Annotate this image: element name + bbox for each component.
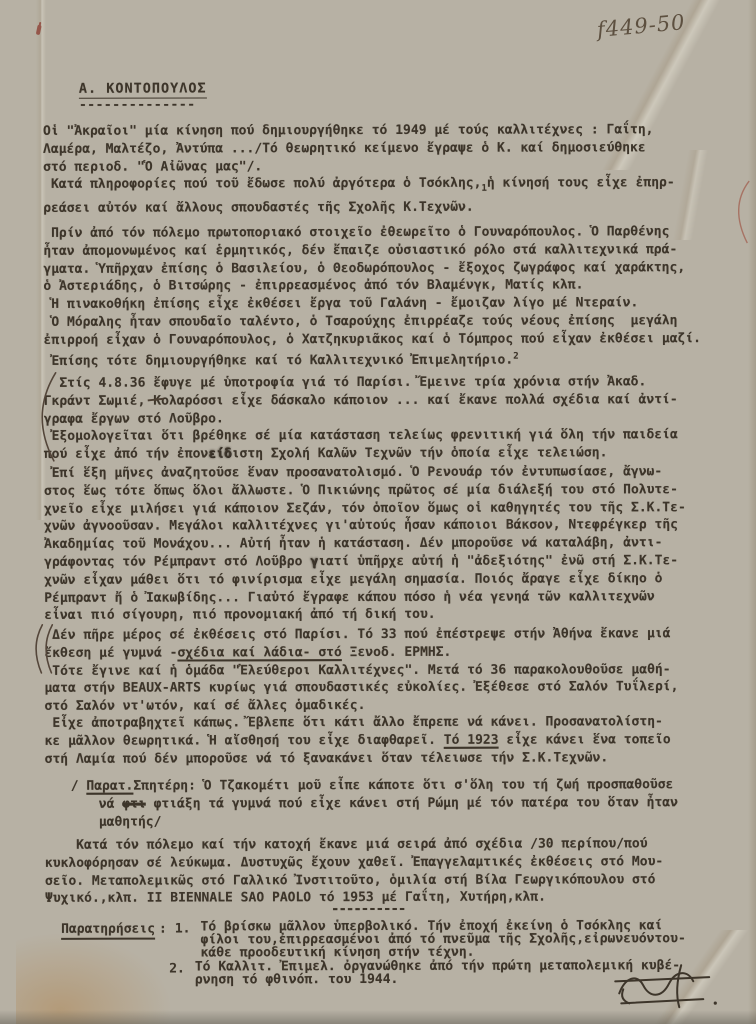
typed-line: στό περιοδ. "Ὁ Αἰῶνας μας"/.: [43, 157, 675, 176]
document-paragraph: Οἱ "Ἀκραῖοι" μία κίνηση πού δημιουργήθηκ…: [43, 121, 675, 218]
typed-text-segment: /: [71, 779, 87, 794]
typed-text-segment: Στίς 4.8.36 ἔφυγε μέ ὑποτροφία γιά τό Πα…: [44, 374, 647, 391]
typed-line: Κατά πληροφορίες πού τοῦ ἔδωσε πολύ ἀργό…: [43, 175, 675, 200]
typed-text-segment: ὁ Ἀστεριάδης, ὁ Βιτσώρης - ἐπιρρεασμένος…: [43, 278, 583, 294]
document-content: f449-50 Α. ΚΟΝΤΟΠΟΥΛΟΣ -------------- Οἱ…: [0, 0, 756, 1024]
typed-line: Τότε ἔγινε καί ἡ ὁμάδα "Ἐλεύθεροι Καλλιτ…: [44, 661, 678, 680]
document-paragraph: Κατά τόν πόλεμο καί τήν κατοχή ἔκανε μιά…: [45, 835, 663, 908]
typed-text-segment: Λαμέρα, Μαλτέζο, Ἀντύπα .../Τό θεωρητικό…: [43, 140, 646, 157]
typed-line: χνῶν ἀγνοοῦσαν. Μεγάλοι καλλιτέχνες γι'α…: [44, 517, 686, 536]
typed-text-segment: ρεάσει αὐτόν καί ἄλλους σπουδαστές τῆς Σ…: [43, 200, 474, 216]
typed-text-segment: μαθητής/: [99, 815, 162, 830]
typed-text-segment: Οἱ "Ἀκραῖοι" μία κίνηση πού δημιουργήθηκ…: [43, 122, 654, 139]
typed-line: ρεάσει αὐτόν καί ἄλλους σπουδαστές τῆς Σ…: [43, 198, 675, 217]
typed-text-segment: χνεῖο εἶχε μιλήσει γιά κάποιον Σεζάν, τό…: [44, 500, 686, 517]
typed-text-segment: Ἀκαδημίας τοῦ Μονάχου... Αὐτή ἦταν ἡ κατ…: [44, 535, 662, 552]
typed-text-segment: νά: [99, 797, 123, 812]
typed-line: Στίς 4.8.36 ἔφυγε μέ ὑποτροφία γιά τό Πα…: [44, 373, 678, 392]
typed-text-segment: Πρίν ἀπό τόν πόλεμο πρωτοποριακό στοιχεῖ…: [43, 224, 669, 241]
typed-text-segment: στό περιοδ. "Ὁ Αἰῶνας μας"/.: [43, 159, 262, 175]
handwritten-folio-number: f449-50: [596, 5, 748, 42]
typed-text-segment: ρνηση τό φθινόπ. του 1944.: [195, 972, 399, 988]
typed-line: γματα. Ὑπῆρχαν ἐπίσης ὁ Βασιλείου, ὁ Θεο…: [43, 259, 700, 279]
typed-line: Ἀκαδημίας τοῦ Μονάχου... Αὐτή ἦταν ἡ κατ…: [44, 534, 686, 553]
typed-text-segment: γραφα ἔργων στό Λοῦβρο.: [44, 411, 224, 426]
red-edge-mark: [723, 177, 755, 247]
typed-text-segment: ιατί ὑπῆρχε αὐτή ἡ "ἀδεξιότης" ἐνῶ στή Σ…: [318, 553, 678, 569]
typed-line: πού εἶχε ἀπό τήν ἐπονείδιστη Σχολή Καλῶν…: [44, 444, 678, 463]
typed-line: στος ἕως τότε ὅπως ὅλοι ἄλλωστε. Ὁ Πικιώ…: [44, 481, 686, 500]
typed-line: Ρέμπραντ ἤ ὁ Ἰακωβίδης... Γιαὐτό ἔγραφε …: [44, 588, 686, 607]
title-dashed-underline: --------------: [79, 97, 196, 112]
note-text: Τό Καλλιτ. Ἐπιμελ. ὀργανώθηκε ἀπό τήν πρ…: [195, 960, 680, 987]
typed-line: κυκλοφόρησαν σέ λεύκωμα. Δυστυχῶς ἔχουν …: [45, 853, 663, 872]
typed-dash-divider: ----------: [331, 901, 405, 917]
typed-line: χνεῖο εἶχε μιλήσει γιά κάποιον Σεζάν, τό…: [44, 499, 686, 518]
typed-line: Πρίν ἀπό τόν πόλεμο πρωτοποριακό στοιχεῖ…: [43, 223, 700, 243]
typed-text-segment: ματα στήν BEAUX-ARTS κυρίως γιά σπουδαστ…: [44, 680, 678, 697]
typed-text-segment: Ὁ Μόραλης ἦταν σπουδαῖο ταλέντο, ὁ Τσαρο…: [43, 313, 677, 330]
document-paragraph-sidenote: / Παρατ.Σπητέρη: Ὁ Τζακομέτι μοῦ εἶπε κά…: [71, 776, 678, 832]
typed-text-segment: ἦταν ἀπομονωμένος καί ἑρμητικός, δέν ἔπα…: [43, 242, 677, 259]
typed-line: Γκράντ Σωμιέ, Κολαρόσσι εἶχε δάσκαλο κάπ…: [44, 391, 678, 410]
typed-text-segment: Κατά τόν πόλεμο καί τήν κατοχή ἔκανε μιά…: [45, 836, 648, 853]
note-number: 2.: [169, 962, 185, 977]
typed-line: / Παρατ.Σπητέρη: Ὁ Τζακομέτι μοῦ εἶπε κά…: [71, 776, 678, 796]
typed-text-segment: πού εἶχε ἀπό τήν ἐπον: [44, 447, 208, 462]
typed-text-segment: φτι: [122, 797, 146, 812]
document-paragraph: Ἐπί ἕξη μῆνες ἀναζητοῦσε ἕναν προσανατολ…: [44, 463, 686, 625]
typed-text-segment: κάθε προοδευτική κίνηση στήν τέχνη.: [201, 944, 475, 960]
typed-line: σεῖο. Μεταπολεμικῶς στό Γαλλικό Ἰνστιτοῦ…: [45, 871, 663, 890]
typed-text-segment: σεῖο. Μεταπολεμικῶς στό Γαλλικό Ἰνστιτοῦ…: [45, 872, 656, 889]
typed-text-segment: Ἐξομολογεῖται ὅτι βρέθηκε σέ μία κατάστα…: [44, 428, 678, 445]
typed-text-segment: ἐπιρροή εἶχαν ὁ Γουναρόπουλος, ὁ Χατζηκυ…: [44, 331, 701, 348]
typed-text-segment: φτιάξη τά γυμνά πού εἶχε κάνει στή Ρώμη …: [146, 795, 678, 811]
typed-line: χνῶν εἶχαν μάθει ὅτι τό φινίρισμα εἶχε μ…: [44, 570, 686, 589]
typed-line: Δέν πῆρε μέρος σέ ἐκθέσεις στό Παρίσι. Τ…: [44, 625, 678, 644]
document-paragraph: Δέν πῆρε μέρος σέ ἐκθέσεις στό Παρίσι. Τ…: [44, 625, 678, 716]
typed-text-segment: στος ἕως τότε ὅπως ὅλοι ἄλλωστε. Ὁ Πικιώ…: [44, 482, 678, 499]
typed-text-segment: Γκράντ Σωμιέ, Κολαρόσσι εἶχε δάσκαλο κάπ…: [44, 392, 678, 409]
typed-text-segment: κυκλοφόρησαν σέ λεύκωμα. Δυστυχῶς ἔχουν …: [45, 854, 663, 871]
typed-text-segment: χνῶν εἶχαν μάθει ὅτι τό φινίρισμα εἶχε μ…: [44, 571, 662, 588]
typed-text-segment: γράφοντας τόν Ρέμπραντ στό Λοῦβρο: [44, 554, 310, 570]
typed-line: γράφοντας τόν Ρέμπραντ στό Λοῦβρο γιατί …: [44, 552, 686, 571]
typed-text-segment: Παρατ.: [86, 779, 133, 794]
typed-line: Οἱ "Ἀκραῖοι" μία κίνηση πού δημιουργήθηκ…: [43, 121, 675, 140]
typed-line: εἶναι πιό σίγουρη, πιό προνομιακή ἀπό τή…: [44, 606, 686, 625]
typed-text-segment: στή Λαμία πού δέν μποροῦσε νά τό ξανακάν…: [45, 750, 609, 766]
typed-line: κε μᾶλλον θεωρητικά. Ἡ αἴσθησή του εἶχε …: [45, 731, 671, 750]
typed-line: Ἡ πινακοθήκη ἐπίσης εἶχε ἐκθέσει ἔργα το…: [43, 294, 700, 314]
typed-text-segment: Δέν πῆρε μέρος σέ ἐκθέσεις στό Παρίσι. Τ…: [44, 626, 670, 643]
typed-line: Εἶχε ἀποτραβηχτεῖ κάπως. Ἔβλεπε ὅτι κάτι…: [45, 713, 671, 732]
typed-line: Λαμέρα, Μαλτέζο, Ἀντύπα .../Τό θεωρητικό…: [43, 139, 675, 158]
scanned-paper-page: f449-50 Α. ΚΟΝΤΟΠΟΥΛΟΣ -------------- Οἱ…: [0, 0, 756, 1024]
notes-item: Παρατηρήσεις : 1. Τό βρίσκω μᾶλλον ὑπερβ…: [61, 920, 686, 960]
notes-label: Παρατηρήσεις: [61, 922, 155, 940]
typed-text-segment: ἔκθεση μέ γυμνά -: [44, 645, 177, 660]
typed-text-segment: Ξενοδ. ΕΡΜΗΣ.: [342, 645, 452, 660]
typed-text-segment: γ: [310, 554, 318, 569]
typed-text-segment: σχέδια καί λάδια- στό: [177, 645, 341, 660]
typed-text-segment: στό Σαλόν ντ'ωτόν, καί σέ ἄλλες ὁμαδικές…: [44, 698, 365, 714]
typed-text-segment: Ἡ πινακοθήκη ἐπίσης εἶχε ἐκθέσει ἔργα το…: [43, 296, 638, 313]
typed-line: Ὁ Μόραλης ἦταν σπουδαῖο ταλέντο, ὁ Τσαρο…: [43, 312, 700, 332]
document-paragraph: Στίς 4.8.36 ἔφυγε μέ ὑποτροφία γιά τό Πα…: [44, 373, 678, 464]
document-paragraph: Πρίν ἀπό τόν πόλεμο πρωτοποριακό στοιχεῖ…: [43, 223, 701, 370]
typed-text-segment: ιστη Σχολή Καλῶν Τεχνῶν τήν ὁποία εἶχε τ…: [232, 446, 608, 462]
typed-text-segment: Σπητέρη: Ὁ Τζακομέτι μοῦ εἶπε κάποτε ὅτι…: [133, 777, 673, 793]
typed-text-segment: Κατά πληροφορίες πού τοῦ ἔδωσε πολύ ἀργό…: [43, 176, 481, 192]
typed-line: ἐπιρροή εἶχαν ὁ Γουναρόπουλος, ὁ Χατζηκυ…: [44, 330, 701, 350]
typed-text-segment: Ρέμπραντ ἤ ὁ Ἰακωβίδης... Γιαὐτό ἔγραφε …: [44, 589, 655, 606]
typed-line: μαθητής/: [71, 812, 678, 832]
page-title: Α. ΚΟΝΤΟΠΟΥΛΟΣ: [79, 80, 207, 98]
typed-line: νά φτι φτιάξη τά γυμνά πού εἶχε κάνει στ…: [71, 794, 678, 814]
typed-line: Κατά τόν πόλεμο καί τήν κατοχή ἔκανε μιά…: [45, 835, 663, 854]
typed-text-segment: ἡ κίνησή τους εἶχε ἐπηρ-: [487, 176, 675, 191]
typed-text-segment: εἶναι πιό σίγουρη, πιό προνομιακή ἀπό τή…: [44, 607, 435, 623]
typed-text-segment: Τότε ἔγινε καί ἡ ὁμάδα "Ἐλεύθεροι Καλλιτ…: [44, 662, 670, 679]
typed-text-segment: Ἐπίσης τότε δημιουργήθηκε καί τό Καλλιτε…: [44, 352, 514, 368]
typed-line: Ἐπίσης τότε δημιουργήθηκε καί τό Καλλιτε…: [44, 348, 702, 371]
typed-line: Ἐξομολογεῖται ὅτι βρέθηκε σέ μία κατάστα…: [44, 427, 678, 446]
typed-line: ματα στήν BEAUX-ARTS κυρίως γιά σπουδαστ…: [44, 679, 678, 698]
note-number: 1.: [175, 921, 191, 936]
typed-line: ὁ Ἀστεριάδης, ὁ Βιτσώρης - ἐπιρρεασμένος…: [43, 277, 700, 297]
notes-separator: :: [159, 922, 167, 937]
typed-text-segment: κε μᾶλλον θεωρητικά. Ἡ αἴσθησή του εἶχε …: [45, 733, 444, 749]
typed-text-segment: Ψυχικό.,κλπ. II BIENNALE SAO PAOLO τό 19…: [45, 890, 546, 906]
document-paragraph: Εἶχε ἀποτραβηχτεῖ κάπως. Ἔβλεπε ὅτι κάτι…: [45, 713, 671, 768]
typed-text-segment: Τό 1923: [444, 732, 499, 747]
typed-text-segment: εἶχε κάνει ἕνα τοπεῖο: [499, 732, 671, 747]
typed-line: στή Λαμία πού δέν μποροῦσε νά τό ξανακάν…: [45, 749, 671, 768]
typed-text-segment: 2: [513, 351, 518, 361]
typed-text-segment: Ἐπί ἕξη μῆνες ἀναζητοῦσε ἕναν προσανατολ…: [44, 464, 662, 481]
typed-line: ἔκθεση μέ γυμνά -σχέδια καί λάδια- στό Ξ…: [44, 643, 678, 662]
typed-text-segment: χνῶν ἀγνοοῦσαν. Μεγάλοι καλλιτέχνες γι'α…: [44, 518, 678, 535]
notes-item: 2. Τό Καλλιτ. Ἐπιμελ. ὀργανώθηκε ἀπό τήν…: [169, 960, 680, 987]
typed-line: ρνηση τό φθινόπ. του 1944.: [195, 973, 680, 987]
note-text: Τό βρίσκω μᾶλλον ὑπερβολικό. Τήν ἐποχή ἐ…: [200, 920, 685, 960]
typed-text-segment: είδ: [208, 447, 232, 462]
typed-line: Ἐπί ἕξη μῆνες ἀναζητοῦσε ἕναν προσανατολ…: [44, 463, 686, 482]
typed-text-segment: γματα. Ὑπῆρχαν ἐπίσης ὁ Βασιλείου, ὁ Θεο…: [43, 260, 685, 277]
typed-line: ἦταν ἀπομονωμένος καί ἑρμητικός, δέν ἔπα…: [43, 241, 700, 261]
typed-line: γραφα ἔργων στό Λοῦβρο.: [44, 409, 678, 428]
typed-text-segment: Εἶχε ἀποτραβηχτεῖ κάπως. Ἔβλεπε ὅτι κάτι…: [45, 714, 663, 731]
ink-spot-mark: [36, 25, 42, 36]
